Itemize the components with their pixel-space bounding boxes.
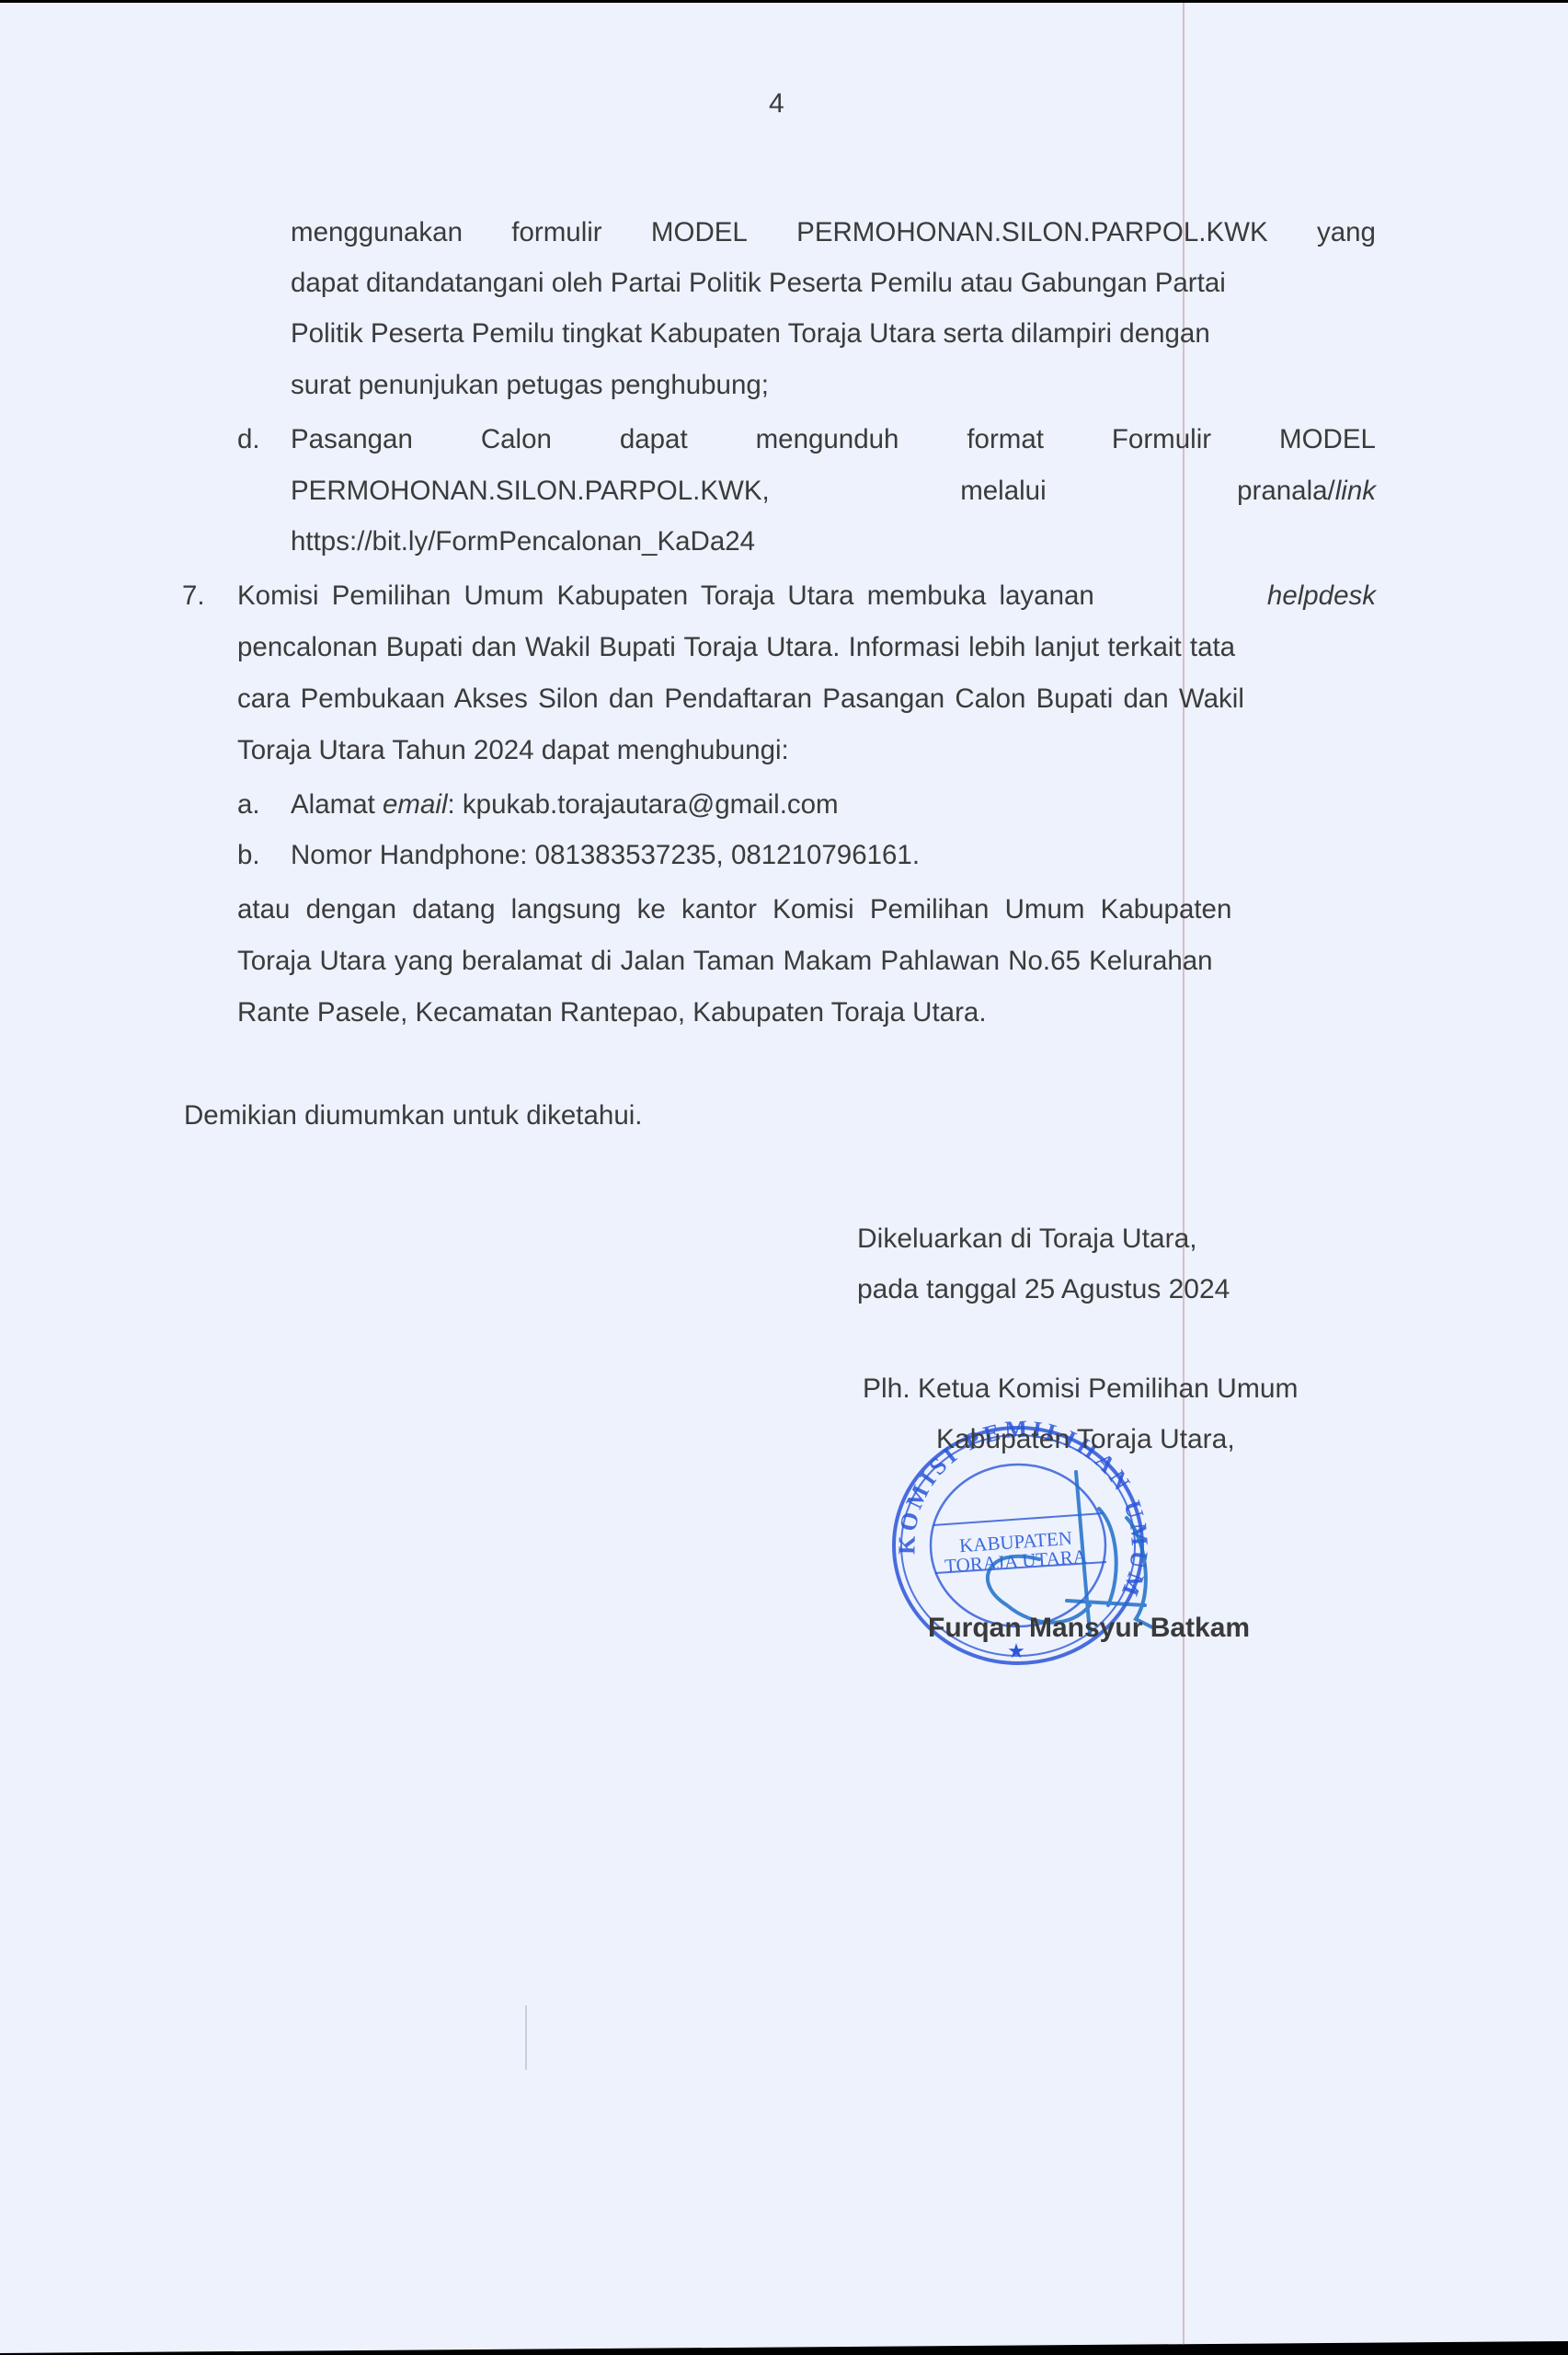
signer-title-line-2: Kabupaten Toraja Utara, [936, 1424, 1235, 1455]
word: formulir [511, 217, 601, 248]
form-name: PERMOHONAN.SILON.PARPOL.KWK, [291, 476, 770, 507]
word: menggunakan [291, 217, 463, 248]
office-line-3: Rante Pasele, Kecamatan Rantepao, Kabupa… [237, 997, 987, 1028]
email-value[interactable]: : kpukab.torajautara@gmail.com [448, 789, 839, 820]
contact-email: Alamat email: kpukab.torajautara@gmail.c… [291, 789, 839, 821]
item-c-line-2: dapat ditandatangani oleh Partai Politik… [291, 268, 1226, 299]
page-number: 4 [769, 88, 784, 120]
word: MODEL [651, 217, 748, 248]
item-7-line-4: Toraja Utara Tahun 2024 dapat menghubung… [237, 735, 789, 766]
office-line-1: atau dengan datang langsung ke kantor Ko… [237, 894, 1231, 925]
word: mengunduh [756, 424, 899, 455]
item-c-line-4: surat penunjukan petugas penghubung; [291, 370, 769, 401]
item-c-line-1: menggunakan formulir MODEL PERMOHONAN.SI… [291, 217, 1376, 248]
download-link[interactable]: https://bit.ly/FormPencalonan_KaDa24 [291, 526, 755, 557]
word: Pasangan [291, 424, 413, 455]
scan-fold-line [1183, 0, 1185, 2355]
item-d-line-2: PERMOHONAN.SILON.PARPOL.KWK, melalui pra… [291, 476, 1376, 507]
issued-place: Dikeluarkan di Toraja Utara, [857, 1223, 1197, 1255]
scan-artifact [525, 2005, 527, 2070]
item-d-line-1: Pasangan Calon dapat mengunduh format Fo… [291, 424, 1376, 455]
word: Formulir [1112, 424, 1211, 455]
item-c-line-3: Politik Peserta Pemilu tingkat Kabupaten… [291, 318, 1210, 350]
word: PERMOHONAN.SILON.PARPOL.KWK [796, 217, 1268, 248]
word: Calon [481, 424, 552, 455]
item-7-line-1: Komisi Pemilihan Umum Kabupaten Toraja U… [237, 580, 1376, 612]
issued-date: pada tanggal 25 Agustus 2024 [857, 1274, 1230, 1305]
document-page: 4 menggunakan formulir MODEL PERMOHONAN.… [0, 0, 1568, 2355]
word: melalui [960, 476, 1046, 507]
word: MODEL [1279, 424, 1376, 455]
item-7-marker: 7. [182, 580, 205, 612]
contact-b-marker: b. [237, 840, 260, 871]
signer-title-line-1: Plh. Ketua Komisi Pemilihan Umum [863, 1373, 1299, 1405]
contact-a-marker: a. [237, 789, 260, 821]
word: format [967, 424, 1044, 455]
link-label: pranala/link [1237, 476, 1376, 507]
item-7-line-2: pencalonan Bupati dan Wakil Bupati Toraj… [237, 632, 1235, 663]
item-7-line-3: cara Pembukaan Akses Silon dan Pendaftar… [237, 684, 1244, 715]
office-line-2: Toraja Utara yang beralamat di Jalan Tam… [237, 946, 1213, 977]
signer-name: Furqan Mansyur Batkam [928, 1613, 1250, 1644]
phone-value: : 081383537235, 081210796161. [520, 840, 920, 870]
closing-statement: Demikian diumumkan untuk diketahui. [184, 1100, 642, 1132]
word: dapat [620, 424, 688, 455]
item-d-marker: d. [237, 424, 260, 455]
contact-phone: Nomor Handphone: 081383537235, 081210796… [291, 840, 920, 871]
word: yang [1317, 217, 1376, 248]
